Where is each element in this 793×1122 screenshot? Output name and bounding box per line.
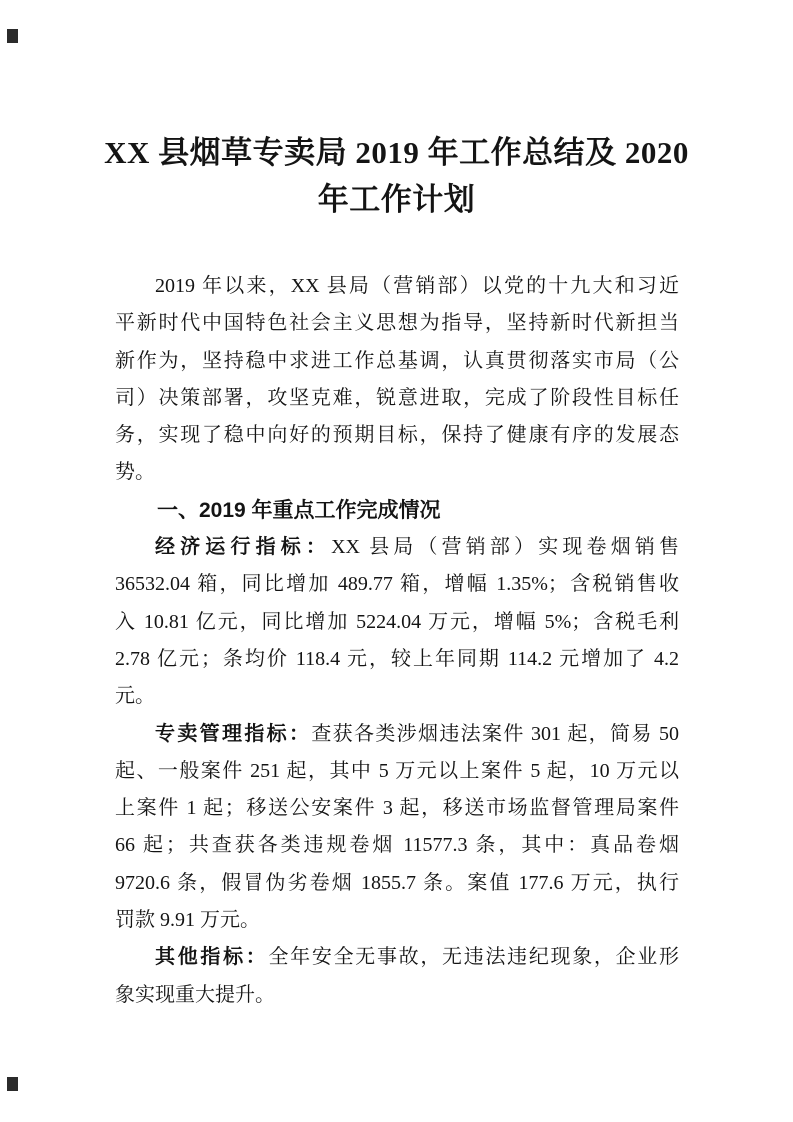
text-line: 象实现重大提升。 xyxy=(115,977,679,1014)
scan-artifact-mark xyxy=(7,29,18,43)
bold-label: 其他指标： xyxy=(155,946,268,968)
text-segment: 起、一般案件 251 起，其中 5 万元以上案件 5 起，10 万元以 xyxy=(115,760,679,782)
title-line-1: XX 县烟草专卖局 2019 年工作总结及 2020 xyxy=(42,129,751,176)
text-line: 2.78 亿元；条均价 118.4 元，较上年同期 114.2 元增加了 4.2 xyxy=(115,641,679,678)
text-segment: 上案件 1 起；移送公安案件 3 起，移送市场监督管理局案件 xyxy=(115,797,679,819)
text-segment: 全年安全无事故，无违法违纪现象，企业形 xyxy=(268,946,679,968)
text-segment: 务，实现了稳中向好的预期目标，保持了健康有序的发展态 xyxy=(115,424,679,446)
text-line: 起、一般案件 251 起，其中 5 万元以上案件 5 起，10 万元以 xyxy=(115,753,679,790)
text-line: 平新时代中国特色社会主义思想为指导，坚持新时代新担当 xyxy=(115,305,679,342)
monopoly-management-indicators-paragraph: 专卖管理指标：查获各类涉烟违法案件 301 起，简易 50起、一般案件 251 … xyxy=(115,716,679,940)
text-line: 势。 xyxy=(115,454,679,491)
text-line: 入 10.81 亿元，同比增加 5224.04 万元，增幅 5%；含税毛利 xyxy=(115,604,679,641)
text-segment: 罚款 9.91 万元。 xyxy=(115,909,260,931)
document-title: XX 县烟草专卖局 2019 年工作总结及 2020 年工作计划 xyxy=(42,129,751,223)
text-line: 元。 xyxy=(115,678,679,715)
text-segment: 9720.6 条，假冒伪劣卷烟 1855.7 条。案值 177.6 万元，执行 xyxy=(115,872,679,894)
text-line: 66 起；共查获各类违规卷烟 11577.3 条，其中：真品卷烟 xyxy=(115,827,679,864)
scan-artifact-mark xyxy=(7,1077,18,1091)
text-segment: 2019 年以来，XX 县局（营销部）以党的十九大和习近 xyxy=(155,275,679,297)
text-line: 2019 年以来，XX 县局（营销部）以党的十九大和习近 xyxy=(115,268,679,305)
text-segment: 2.78 亿元；条均价 118.4 元，较上年同期 114.2 元增加了 4.2 xyxy=(115,648,679,670)
other-indicators-paragraph: 其他指标：全年安全无事故，无违法违纪现象，企业形象实现重大提升。 xyxy=(115,939,679,1014)
text-segment: 象实现重大提升。 xyxy=(115,984,275,1006)
text-segment: 司）决策部署，攻坚克难，锐意进取，完成了阶段性目标任 xyxy=(115,387,679,409)
text-segment: 入 10.81 亿元，同比增加 5224.04 万元，增幅 5%；含税毛利 xyxy=(115,611,679,633)
document-body: 2019 年以来，XX 县局（营销部）以党的十九大和习近平新时代中国特色社会主义… xyxy=(115,268,679,1014)
economic-indicators-paragraph: 经济运行指标：XX 县局（营销部）实现卷烟销售36532.04 箱，同比增加 4… xyxy=(115,529,679,715)
text-segment: 66 起；共查获各类违规卷烟 11577.3 条，其中：真品卷烟 xyxy=(115,834,679,856)
text-line: 经济运行指标：XX 县局（营销部）实现卷烟销售 xyxy=(115,529,679,566)
text-segment: 36532.04 箱，同比增加 489.77 箱，增幅 1.35%；含税销售收 xyxy=(115,573,679,595)
text-segment: 元。 xyxy=(115,685,155,707)
intro-paragraph: 2019 年以来，XX 县局（营销部）以党的十九大和习近平新时代中国特色社会主义… xyxy=(115,268,679,492)
text-line: 其他指标：全年安全无事故，无违法违纪现象，企业形 xyxy=(115,939,679,976)
text-line: 9720.6 条，假冒伪劣卷烟 1855.7 条。案值 177.6 万元，执行 xyxy=(115,865,679,902)
text-line: 36532.04 箱，同比增加 489.77 箱，增幅 1.35%；含税销售收 xyxy=(115,566,679,603)
bold-label: 专卖管理指标： xyxy=(155,723,311,745)
document-page: XX 县烟草专卖局 2019 年工作总结及 2020 年工作计划 2019 年以… xyxy=(0,0,793,1122)
text-segment: 势。 xyxy=(115,461,155,483)
bold-label: 经济运行指标： xyxy=(155,536,331,558)
text-line: 新作为，坚持稳中求进工作总基调，认真贯彻落实市局（公 xyxy=(115,343,679,380)
section-heading-2019-key-work: 一、2019 年重点工作完成情况 xyxy=(115,492,679,529)
text-segment: 查获各类涉烟违法案件 301 起，简易 50 xyxy=(311,723,679,745)
text-line: 务，实现了稳中向好的预期目标，保持了健康有序的发展态 xyxy=(115,417,679,454)
text-line: 一、2019 年重点工作完成情况 xyxy=(115,492,679,529)
bold-label: 一、2019 年重点工作完成情况 xyxy=(157,499,441,522)
text-line: 司）决策部署，攻坚克难，锐意进取，完成了阶段性目标任 xyxy=(115,380,679,417)
text-segment: XX 县局（营销部）实现卷烟销售 xyxy=(331,536,679,558)
text-line: 上案件 1 起；移送公安案件 3 起，移送市场监督管理局案件 xyxy=(115,790,679,827)
text-segment: 平新时代中国特色社会主义思想为指导，坚持新时代新担当 xyxy=(115,312,679,334)
title-line-2: 年工作计划 xyxy=(42,176,751,223)
text-line: 专卖管理指标：查获各类涉烟违法案件 301 起，简易 50 xyxy=(115,716,679,753)
text-line: 罚款 9.91 万元。 xyxy=(115,902,679,939)
text-segment: 新作为，坚持稳中求进工作总基调，认真贯彻落实市局（公 xyxy=(115,350,679,372)
